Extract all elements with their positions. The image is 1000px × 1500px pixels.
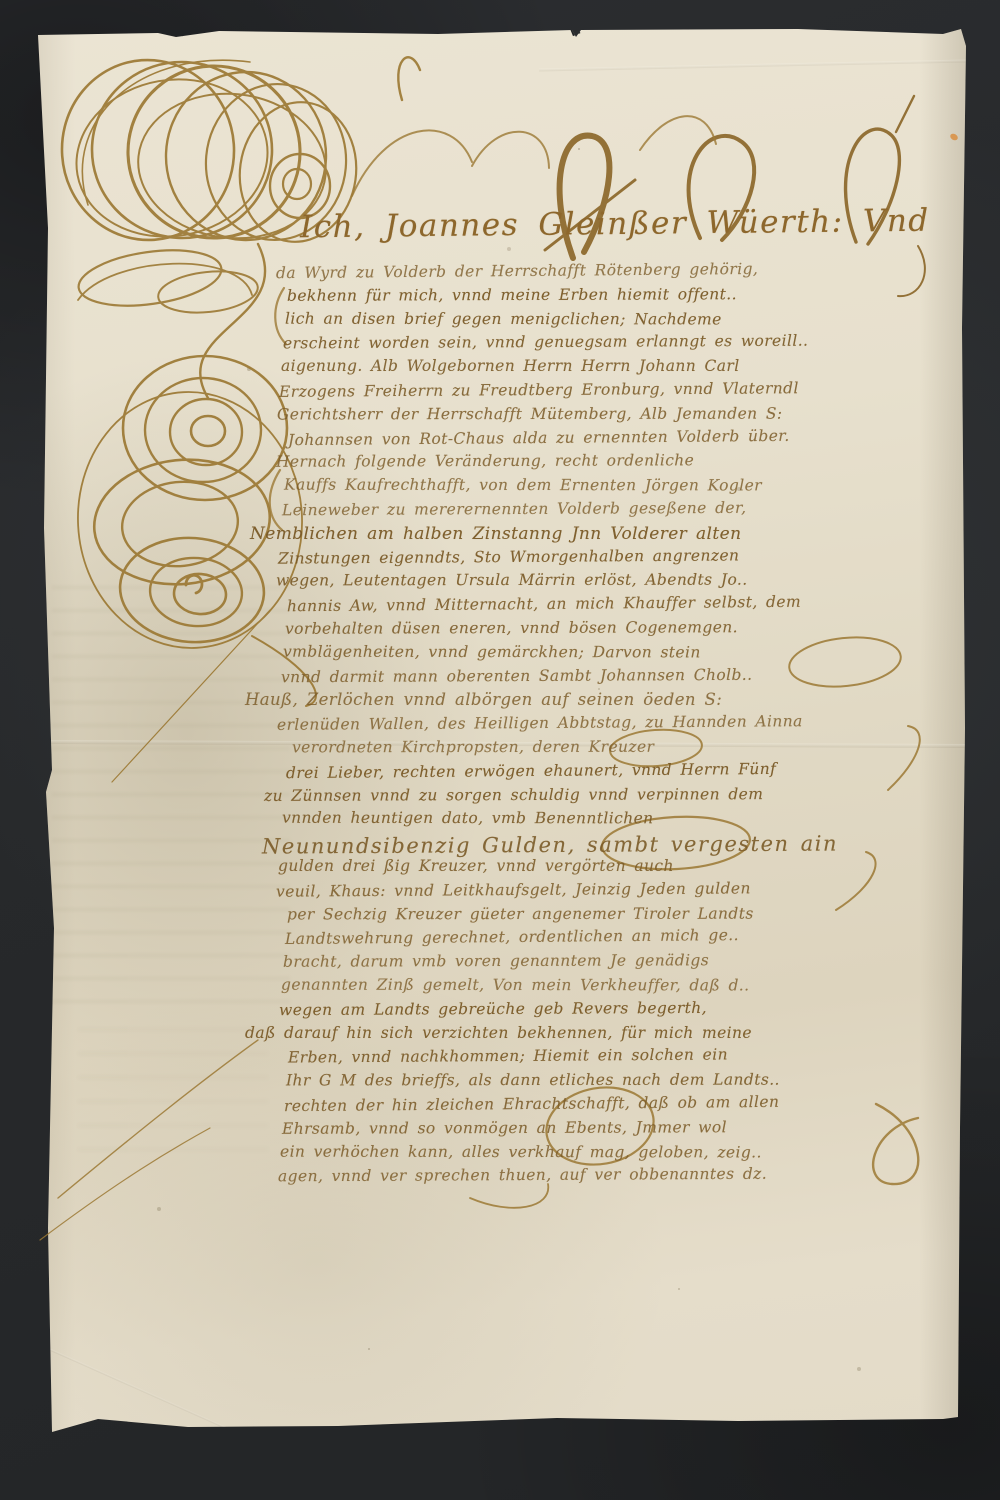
manuscript-line: daß darauf hin sich verzichten bekhennen…	[245, 1024, 752, 1042]
manuscript-line: verordneten Kirchpropsten, deren Kreuzer	[292, 738, 654, 757]
manuscript-line: Erzogens Freiherrn zu Freudtberg Eronbur…	[279, 379, 799, 401]
manuscript-line: Ihr G M des brieffs, als dann etliches n…	[286, 1071, 780, 1090]
manuscript-line: wegen, Leutentagen Ursula Märrin erlöst,…	[276, 571, 748, 590]
ink-showthrough-lower	[78, 1028, 268, 1168]
orange-stain	[949, 132, 959, 141]
manuscript-line: vorbehalten düsen eneren, vnnd bösen Cog…	[285, 618, 738, 638]
manuscript-line: genannten Zinß gemelt, Von mein Verkheuf…	[281, 976, 749, 995]
manuscript-line: lich an disen brief gegen menigclichen; …	[285, 309, 722, 328]
top-right-crease	[539, 60, 966, 72]
manuscript-line: Hernach folgende Veränderung, recht orde…	[276, 452, 694, 471]
manuscript-line: Ehrsamb, vnnd so vonmögen an Ebents, Jmm…	[282, 1118, 727, 1138]
ink-showthrough-left-margin	[52, 586, 290, 1022]
opening-line: Ich, Joannes Gleinßer Wüerth: Vnd	[300, 203, 930, 246]
manuscript-line: agen, vnnd ver sprechen thuen, auf ver o…	[278, 1165, 767, 1186]
manuscript-line: Nemblichen am halben Zinstanng Jnn Volde…	[250, 524, 741, 544]
manuscript-line: Neunundsibenzig Gulden, sambt vergesten …	[262, 832, 838, 859]
manuscript-line: veuil, Khaus: vnnd Leitkhaufsgelt, Jeinz…	[276, 879, 751, 900]
manuscript-line: Erben, vnnd nachkhommen; Hiemit ein solc…	[288, 1046, 728, 1067]
manuscript-line: zu Zünnsen vnnd zu sorgen schuldig vnnd …	[264, 785, 763, 805]
manuscript-line: ein verhöchen kann, alles verkhauf mag, …	[280, 1142, 762, 1161]
manuscript-line: wegen am Landts gebreüche geb Revers beg…	[279, 999, 707, 1019]
manuscript-line: erscheint worden sein, vnnd genuegsam er…	[283, 332, 808, 353]
manuscript-line: Kauffs Kaufrechthafft, von dem Ernenten …	[284, 476, 762, 495]
manuscript-line: bekhenn für mich, vnnd meine Erben hiemi…	[287, 285, 737, 305]
manuscript-line: vnnden heuntigen dato, vmb Benenntlichen	[282, 809, 654, 828]
manuscript-line: gulden drei ßig Kreuzer, vnnd vergörten …	[278, 857, 674, 875]
manuscript-line: aigenung. Alb Wolgebornen Herrn Herrn Jo…	[281, 357, 740, 375]
manuscript-line: vmblägenheiten, vnnd gemärckhen; Darvon …	[283, 642, 701, 661]
manuscript-line: Leineweber zu mererernennten Volderb ges…	[282, 499, 746, 519]
manuscript-line: Gerichtsherr der Herrschafft Mütemberg, …	[277, 404, 783, 423]
manuscript-line: bracht, darum vmb voren genanntem Je gen…	[283, 951, 709, 970]
manuscript-line: Johannsen von Rot-Chaus alda zu ernennte…	[288, 426, 790, 448]
manuscript-line: vnnd darmit mann oberenten Sambt Johanns…	[281, 665, 752, 685]
manuscript-line: per Sechzig Kreuzer güeter angenemer Tir…	[287, 904, 754, 923]
manuscript-line: Hauß, Zerlöchen vnnd albörgen auf seinen…	[245, 690, 722, 709]
manuscript-line: Zinstungen eigenndts, Sto Wmorgenhalben …	[278, 546, 740, 567]
